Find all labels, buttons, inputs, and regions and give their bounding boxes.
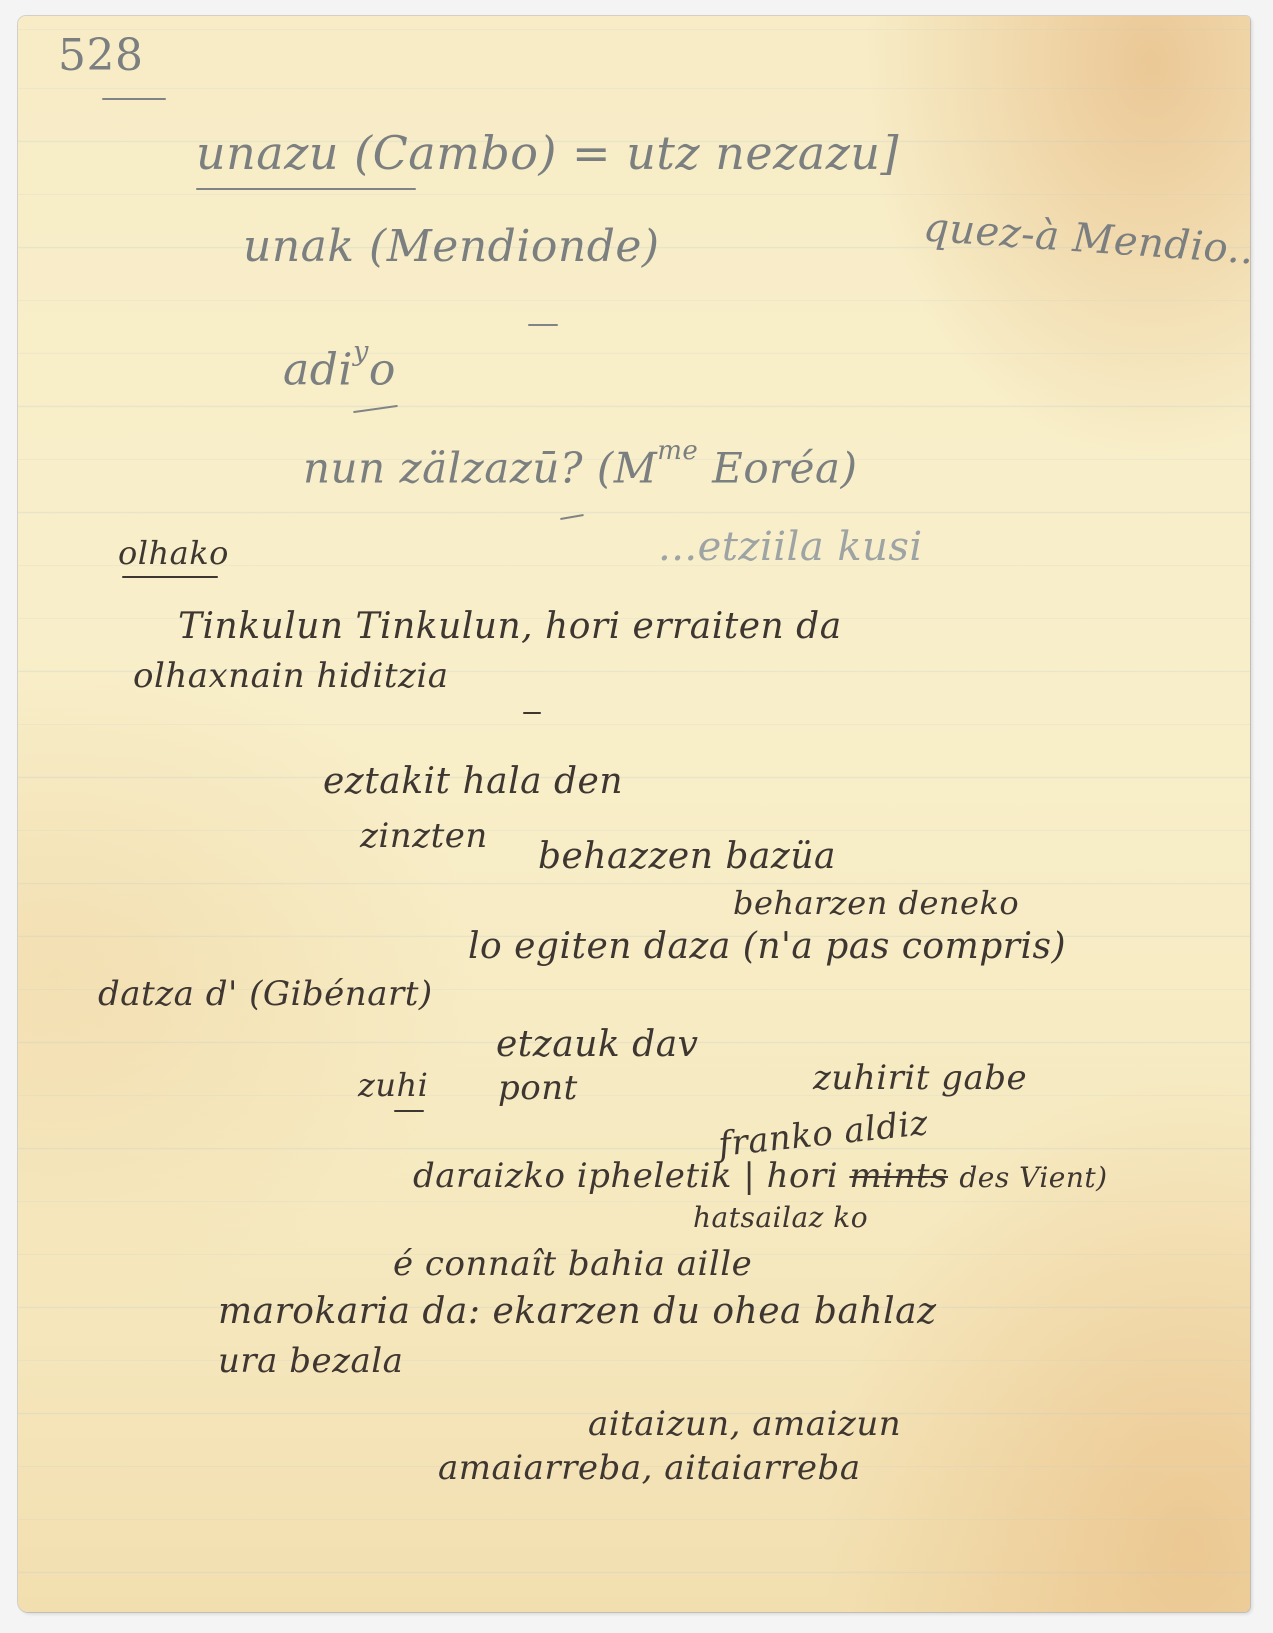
ink-line-11: daraizko ipheletik | hori mints des Vien… bbox=[413, 1156, 1108, 1196]
pencil-line-4: nun zälzazū? (Mme Eoréa) bbox=[303, 436, 857, 492]
pencil-line-5: ...etziila kusi bbox=[658, 524, 923, 570]
pencil-line-3-sup: y bbox=[353, 336, 369, 367]
pencil-line-4-text: nun zälzazū? (M bbox=[303, 443, 657, 492]
ink-line-4a: zinzten bbox=[360, 816, 488, 856]
pencil-line-3-tail: o bbox=[369, 345, 396, 396]
ink-line-11-post: des Vient) bbox=[959, 1161, 1107, 1194]
ink-line-15: ura bezala bbox=[218, 1341, 403, 1381]
ink-line-4b: behazzen bazüa bbox=[538, 836, 836, 877]
pencil-line-2-left: unak (Mendionde) bbox=[243, 221, 660, 272]
ink-line-9a-underline bbox=[394, 1110, 424, 1112]
pencil-line-3-text: adi bbox=[283, 345, 353, 396]
ink-line-9c: zuhirit gabe bbox=[813, 1058, 1027, 1098]
pencil-line-1: unazu (Cambo) = utz nezazu] bbox=[196, 126, 899, 180]
ink-line-2: olhaxnain hiditzia bbox=[133, 656, 449, 696]
ink-line-5: beharzen deneko bbox=[733, 884, 1019, 922]
ink-line-1: Tinkulun Tinkulun, hori erraiten da bbox=[178, 606, 842, 647]
pencil-dash-1 bbox=[528, 324, 558, 326]
ink-line-9b: pont bbox=[498, 1068, 578, 1108]
pencil-dash-2 bbox=[353, 405, 398, 413]
ink-line-11-pre: daraizko ipheletik | hori bbox=[413, 1156, 838, 1196]
ink-line-16: aitaizun, amaizun bbox=[588, 1404, 901, 1444]
ink-line-6: lo egiten daza (n'a pas compris) bbox=[468, 926, 1066, 967]
page-number-underline bbox=[102, 98, 166, 100]
ink-line-11-struck: mints bbox=[849, 1156, 948, 1196]
ink-dash-1 bbox=[523, 712, 541, 714]
ink-line-14: marokaria da: ekarzen du ohea bahlaz bbox=[218, 1291, 937, 1332]
ink-line-8: etzauk dav bbox=[496, 1024, 699, 1065]
pencil-line-3: adiyo bbox=[283, 336, 396, 396]
ink-line-13: é connaît bahia aille bbox=[393, 1244, 752, 1284]
pencil-line-2-right: quez-à Mendio.. bbox=[922, 205, 1256, 274]
ink-line-12: hatsailaz ko bbox=[693, 1201, 868, 1234]
pencil-line-4-tail: Eoréa) bbox=[698, 443, 857, 492]
pencil-line-4-sup: me bbox=[657, 436, 698, 466]
ink-line-3: eztakit hala den bbox=[323, 761, 623, 802]
ink-line-17: amaiarreba, aitaiarreba bbox=[438, 1448, 861, 1488]
manuscript-page: 528 unazu (Cambo) = utz nezazu] unak (Me… bbox=[18, 16, 1250, 1612]
page-number: 528 bbox=[58, 30, 143, 81]
ink-heading: olhako bbox=[118, 534, 229, 572]
ink-line-9a: zuhi bbox=[358, 1066, 428, 1104]
ink-heading-underline bbox=[122, 576, 218, 578]
pencil-dash-3 bbox=[560, 514, 584, 520]
ink-line-7: datza d' (Gibénart) bbox=[98, 974, 433, 1014]
pencil-line-1-underline bbox=[196, 188, 416, 190]
